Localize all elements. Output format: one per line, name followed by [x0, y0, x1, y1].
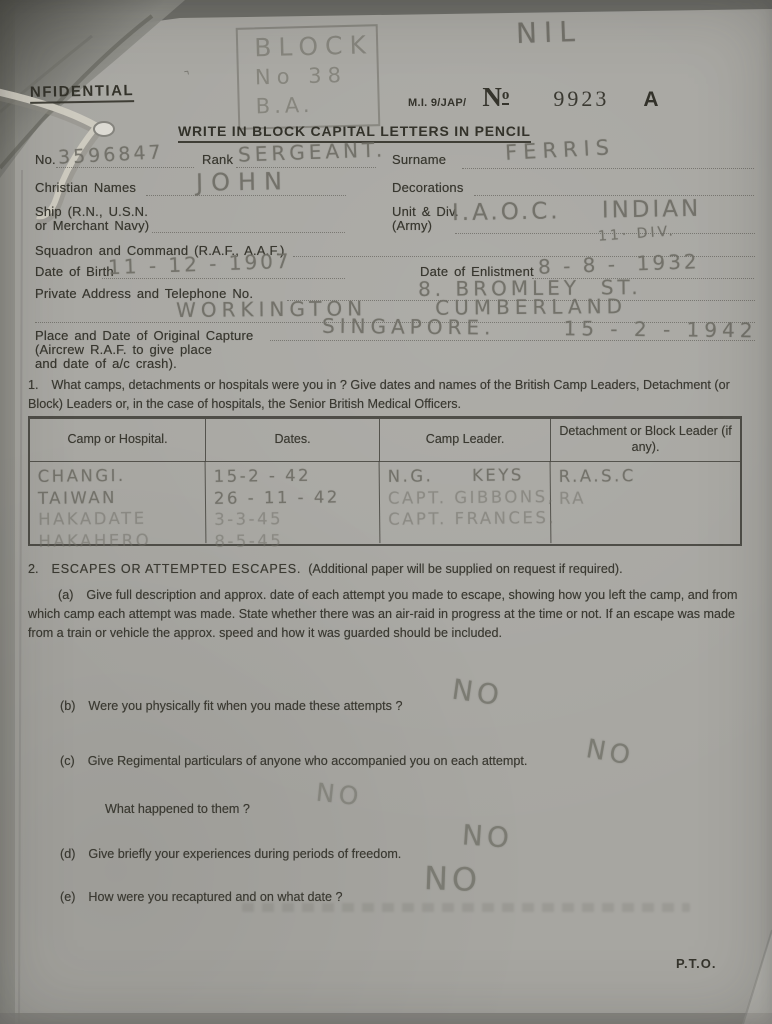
serial-number: 9923 — [553, 86, 609, 111]
field-value-capture: SINGAPORE. 15 - 2 - 1942 — [322, 314, 758, 343]
bottom-edge-shadow — [0, 1013, 772, 1024]
block-stamp-line: BLOCK — [254, 30, 377, 62]
field-label-ship-2: or Merchant Navy) — [35, 218, 149, 233]
block-stamp-line: B.A. — [255, 91, 378, 118]
camp-entry: CHANGI. — [38, 464, 203, 487]
question-2e: (e)How were you recaptured and on what d… — [60, 888, 680, 907]
left-edge-shadow — [0, 0, 15, 1024]
question-2c2-text: What happened to them ? — [105, 802, 250, 816]
nil-annotation: NIL — [515, 15, 582, 50]
question-2c-number: (c) — [60, 754, 75, 768]
column-header-dates: Dates. — [206, 419, 380, 461]
camp-entry: HAKAHERO — [38, 529, 203, 552]
twine-string — [37, 127, 96, 216]
leader-entry: CAPT. FRANCES. — [388, 507, 548, 530]
pto-footer: P.T.O. — [676, 956, 716, 971]
question-1-text: What camps, detachments or hospitals wer… — [28, 378, 730, 411]
pencil-tick: › — [179, 65, 194, 77]
field-label-rank: Rank — [202, 152, 233, 167]
field-label-dob: Date of Birth — [35, 264, 114, 279]
question-2c2: What happened to them ? — [105, 800, 505, 819]
grade-letter: A — [643, 88, 658, 111]
form-ref-label: M.I. 9/JAP/ — [408, 97, 466, 109]
question-2-heading: 2.ESCAPES OR ATTEMPTED ESCAPES. (Additio… — [28, 560, 744, 579]
detachment-column: R.A.S.C RA — [551, 461, 741, 545]
question-2d-text: Give briefly your experiences during per… — [88, 847, 401, 861]
question-2b: (b)Were you physically fit when you made… — [60, 697, 660, 716]
question-2b-number: (b) — [60, 699, 75, 713]
field-value-surname: FERRIS — [504, 135, 615, 165]
corner-fold-line — [743, 930, 772, 1024]
confidential-stamp: NFIDENTIAL — [30, 82, 135, 104]
punch-hole — [94, 122, 114, 136]
column-header-leader: Camp Leader. — [380, 419, 551, 461]
field-value-no: 3596847 — [57, 141, 164, 168]
field-label-unit-1: Unit & Div. — [392, 204, 459, 219]
page-left-edge — [19, 170, 22, 1024]
no-symbol: No — [482, 82, 509, 112]
date-entry: 26 - 11 - 42 — [214, 486, 377, 509]
question-2-number: 2. — [28, 562, 39, 576]
camps-table-header: Camp or Hospital. Dates. Camp Leader. De… — [30, 419, 740, 462]
field-label-no: No. — [35, 152, 56, 167]
leader-entry: N.G. KEYS — [388, 464, 548, 487]
top-edge-shadow — [0, 0, 772, 42]
field-label-ship-1: Ship (R.N., U.S.N. — [35, 204, 148, 219]
leader-entry: CAPT. GIBBONS, — [388, 486, 548, 509]
camp-column: CHANGI. TAIWAN HAKADATE HAKAHERO — [30, 461, 207, 545]
question-2c-text: Give Regimental particulars of anyone wh… — [88, 754, 528, 768]
date-entry: 3-3-45 — [214, 507, 377, 530]
field-label-capture-2: (Aircrew R.A.F. to give place — [35, 342, 212, 357]
question-2e-number: (e) — [60, 890, 75, 904]
pow-questionnaire-scan: › NFIDENTIAL BLOCK No 38 B.A. M.I. 9/JAP… — [0, 0, 772, 1024]
question-2e-text: How were you recaptured and on what date… — [88, 890, 342, 904]
field-value-unit: I.A.O.C. INDIAN — [452, 196, 702, 226]
field-label-surname: Surname — [392, 152, 446, 167]
field-value-rank: SERGEANT. — [238, 137, 387, 166]
block-stamp-line: No 38 — [255, 62, 378, 89]
question-2-note: (Additional paper will be supplied on re… — [308, 562, 622, 576]
question-2d: (d)Give briefly your experiences during … — [60, 845, 680, 864]
field-label-capture-3: and date of a/c crash). — [35, 356, 177, 371]
field-label-decorations: Decorations — [392, 180, 464, 195]
column-header-detachment: Detachment or Block Leader (if any). — [551, 419, 740, 461]
date-entry: 15-2 - 42 — [214, 464, 377, 487]
answer-2b: NO — [450, 673, 505, 713]
field-label-christian-names: Christian Names — [35, 180, 136, 195]
question-1-number: 1. — [28, 378, 39, 392]
detachment-entry: RA — [559, 486, 738, 509]
column-header-camp: Camp or Hospital. — [30, 419, 206, 461]
field-value-dob: 11 - 12 - 1907 — [108, 249, 292, 279]
camp-entry: HAKADATE — [38, 507, 203, 530]
leader-column: N.G. KEYS CAPT. GIBBONS, CAPT. FRANCES. — [380, 461, 552, 545]
question-2b-text: Were you physically fit when you made th… — [88, 699, 402, 713]
question-1: 1.What camps, detachments or hospitals w… — [28, 376, 742, 414]
field-label-unit-2: (Army) — [392, 218, 432, 233]
date-entry: 8-5-45 — [214, 529, 377, 552]
question-2-title: ESCAPES OR ATTEMPTED ESCAPES. — [52, 562, 302, 576]
question-2a: (a)Give full description and approx. dat… — [28, 586, 746, 643]
question-2a-text: Give full description and approx. date o… — [28, 588, 737, 640]
detachment-entry: R.A.S.C — [559, 464, 738, 487]
question-2a-number: (a) — [58, 588, 73, 602]
field-label-capture-1: Place and Date of Original Capture — [35, 328, 253, 343]
answer-2c2: NO — [315, 778, 364, 812]
camp-entry: TAIWAN — [38, 486, 203, 509]
form-reference: M.I. 9/JAP/No9923A — [408, 82, 659, 113]
camps-table: Camp or Hospital. Dates. Camp Leader. De… — [28, 416, 742, 546]
answer-2e: NO — [423, 859, 481, 899]
corner-fold — [742, 932, 772, 1024]
block-stamp: BLOCK No 38 B.A. — [236, 24, 381, 130]
field-value-christian-names: JOHN — [196, 167, 290, 197]
field-value-unit-div: 11· DIV. — [598, 223, 677, 244]
dates-column: 15-2 - 42 26 - 11 - 42 3-3-45 8-5-45 — [206, 461, 381, 545]
camps-table-body: CHANGI. TAIWAN HAKADATE HAKAHERO 15-2 - … — [30, 462, 740, 544]
question-2d-number: (d) — [60, 847, 75, 861]
answer-2d: NO — [461, 818, 514, 854]
